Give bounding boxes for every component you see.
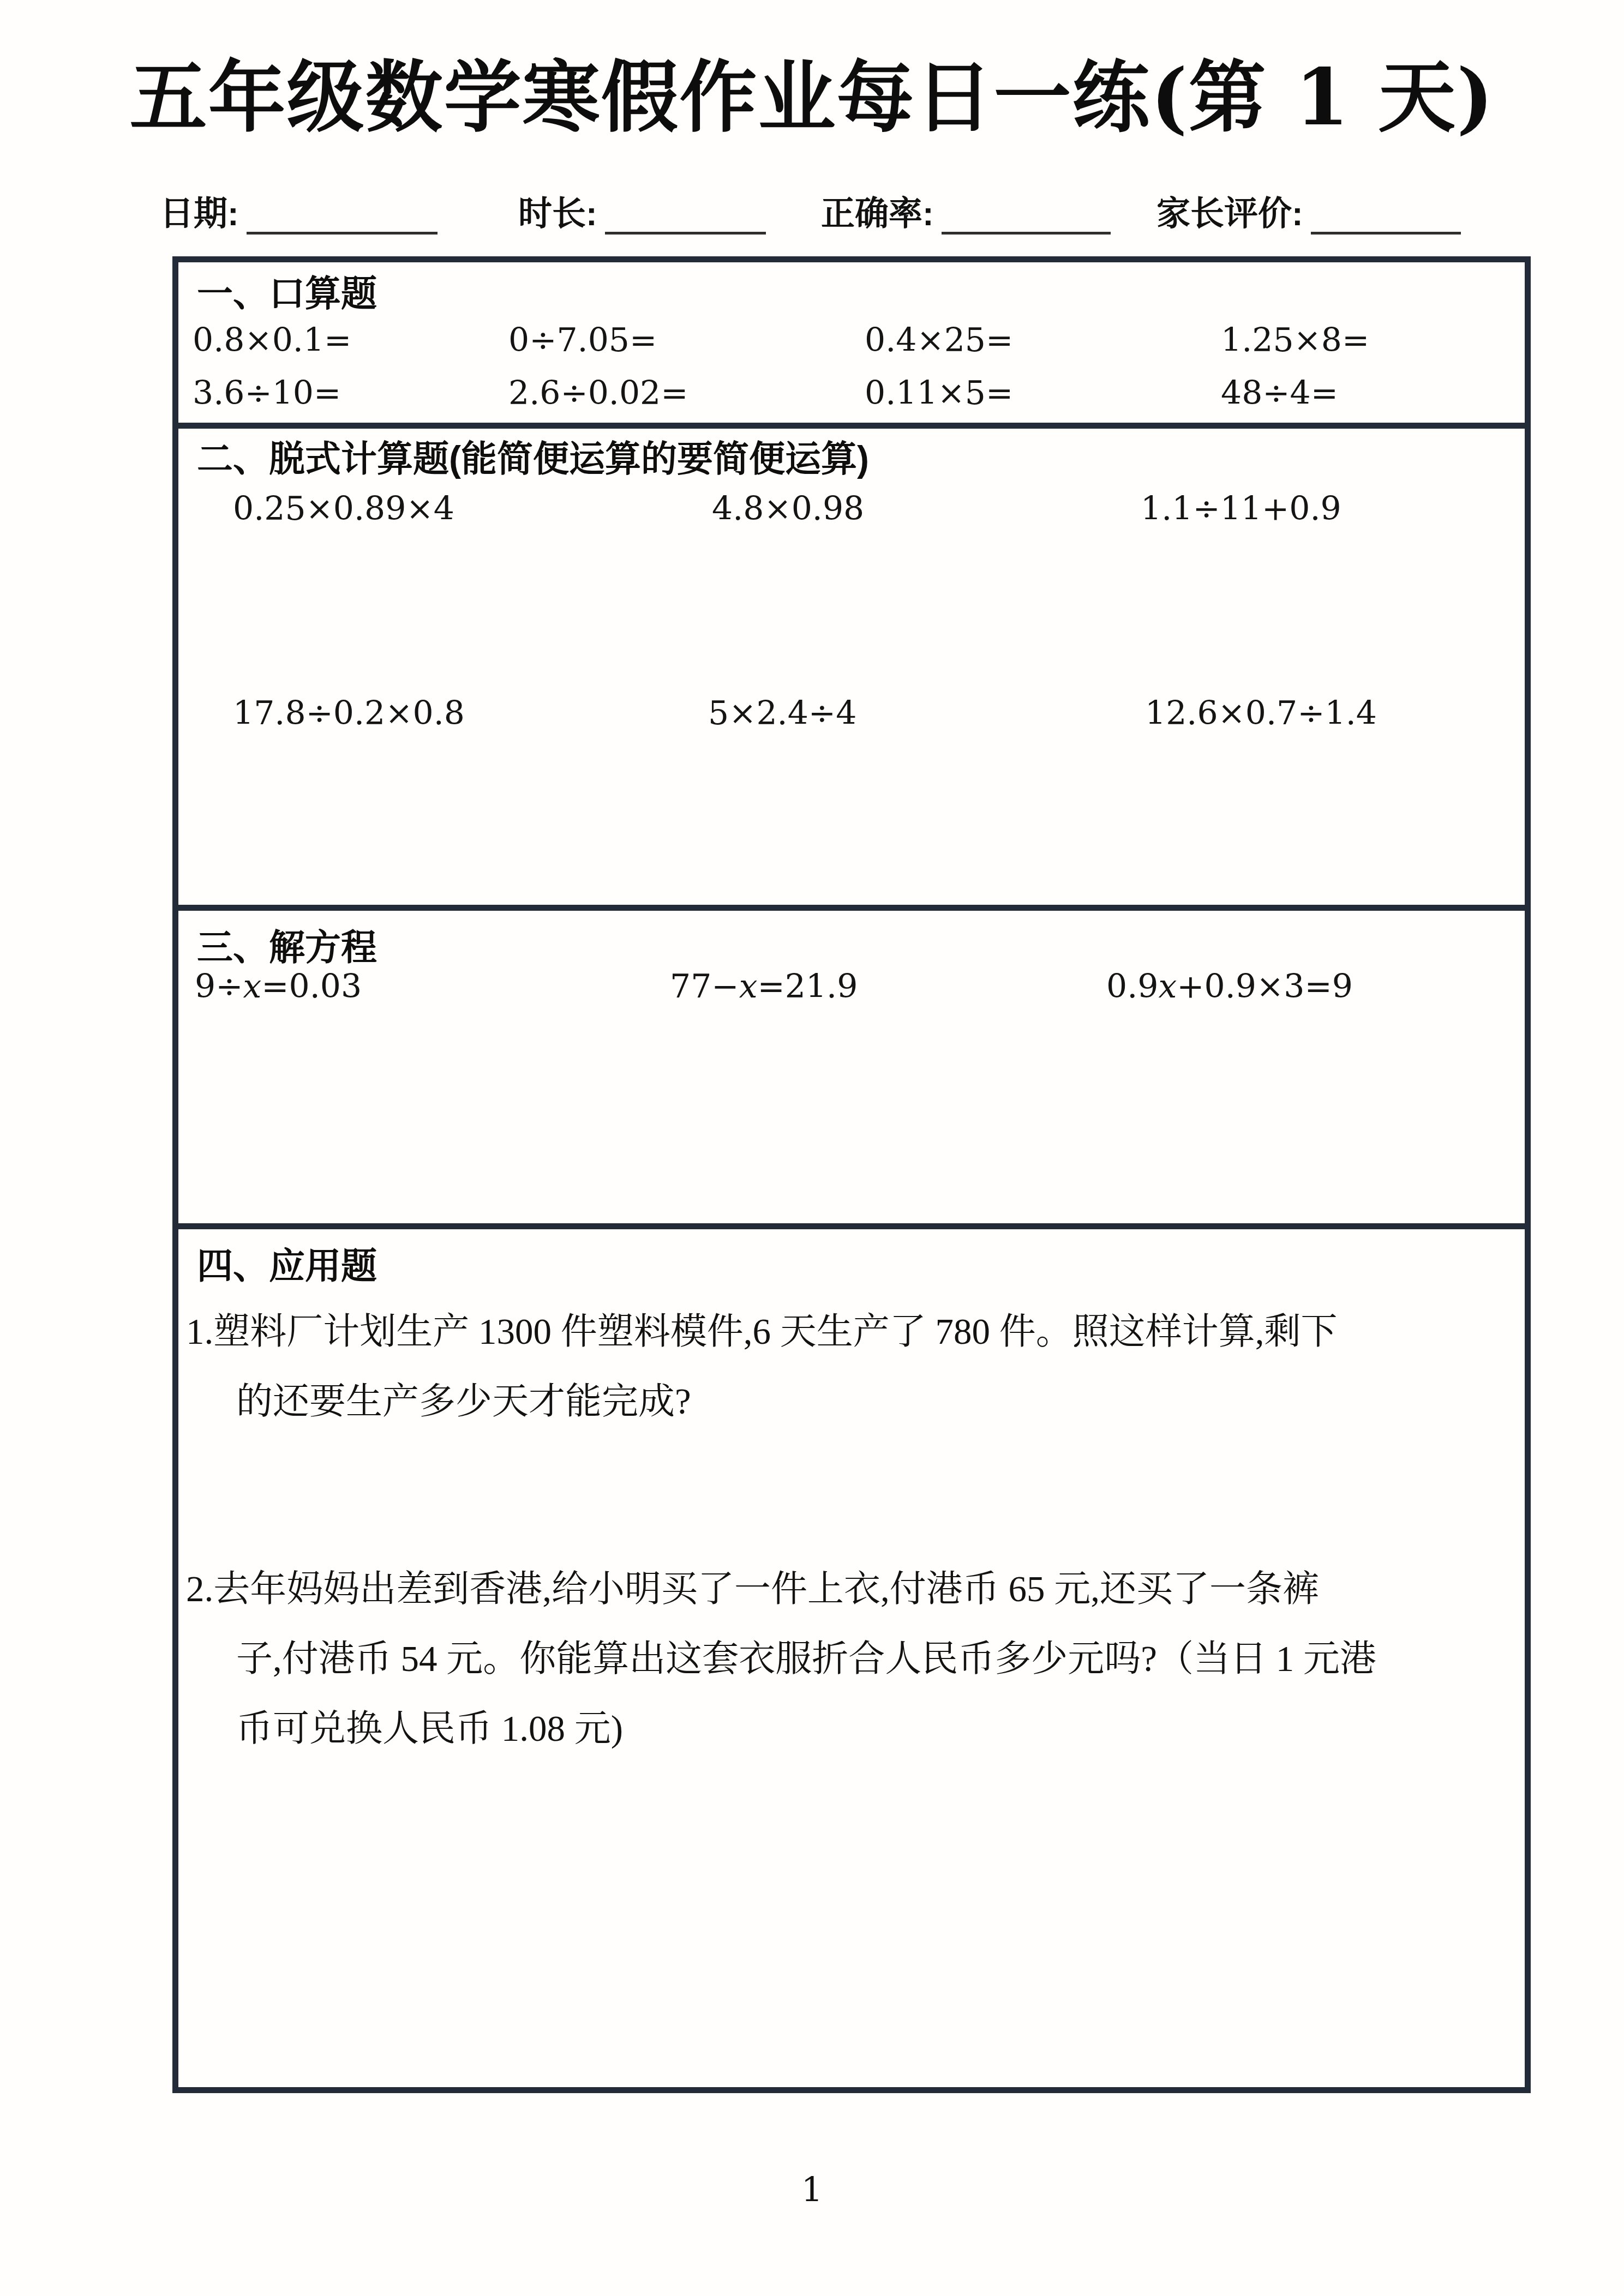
section-4-header: 四、应用题	[197, 1242, 377, 1289]
section-1-header: 一、口算题	[197, 270, 377, 317]
section-word-problems: 四、应用题 1.塑料厂计划生产 1300 件塑料模件,6 天生产了 780 件。…	[178, 1223, 1525, 2087]
word-problem-1-line-1: 1.塑料厂计划生产 1300 件塑料模件,6 天生产了 780 件。照这样计算,…	[186, 1297, 1508, 1367]
date-blank-line	[247, 229, 438, 235]
oral-problem-5: 3.6÷10=	[193, 372, 341, 414]
oral-problem-7: 0.11×5=	[865, 372, 1013, 414]
step-problem-1: 0.25×0.89×4	[233, 488, 454, 530]
meta-field-parent-rating: 家长评价:	[1156, 194, 1461, 235]
word-problem-2-line-3: 币可兑换人民币 1.08 元)	[236, 1694, 1508, 1764]
section-2-header: 二、脱式计算题(能简便运算的要简便运算)	[197, 435, 869, 482]
meta-field-accuracy: 正确率:	[821, 194, 1111, 235]
accuracy-blank-line	[942, 229, 1111, 235]
meta-field-duration: 时长:	[518, 194, 766, 235]
step-problem-4: 17.8÷0.2×0.8	[233, 692, 465, 735]
word-problem-2-line-1: 2.去年妈妈出差到香港,给小明买了一件上衣,付港币 65 元,还买了一条裤	[186, 1554, 1508, 1624]
meta-field-date: 日期:	[160, 194, 438, 235]
step-problem-6: 12.6×0.7÷1.4	[1145, 692, 1377, 735]
oral-problem-3: 0.4×25=	[865, 319, 1013, 362]
equation-1: 9÷x=0.03	[195, 965, 362, 1008]
parent-rating-blank-line	[1311, 229, 1461, 235]
section-step-calculation: 二、脱式计算题(能简便运算的要简便运算) 0.25×0.89×4 4.8×0.9…	[178, 423, 1525, 905]
oral-problem-1: 0.8×0.1=	[193, 319, 351, 362]
parent-rating-label: 家长评价:	[1156, 194, 1303, 235]
worksheet-page: 五年级数学寒假作业每日一练(第 1 天) 日期: 时长: 正确率: 家长评价: …	[0, 0, 1624, 2296]
accuracy-label: 正确率:	[821, 194, 934, 235]
worksheet-table: 一、口算题 0.8×0.1= 0÷7.05= 0.4×25= 1.25×8= 3…	[172, 256, 1531, 2093]
date-label: 日期:	[160, 194, 239, 235]
step-problem-3: 1.1÷11+0.9	[1141, 488, 1341, 530]
duration-label: 时长:	[518, 194, 597, 235]
oral-problem-8: 48÷4=	[1221, 372, 1338, 414]
page-title: 五年级数学寒假作业每日一练(第 1 天)	[0, 50, 1624, 146]
equation-2: 77−x=21.9	[670, 965, 858, 1008]
word-problem-2: 2.去年妈妈出差到香港,给小明买了一件上衣,付港币 65 元,还买了一条裤 子,…	[186, 1554, 1508, 1764]
page-number: 1	[0, 2169, 1624, 2209]
word-problem-1-line-2: 的还要生产多少天才能完成?	[236, 1367, 1508, 1436]
step-problem-2: 4.8×0.98	[712, 488, 864, 530]
step-problem-5: 5×2.4÷4	[708, 692, 856, 735]
oral-problem-6: 2.6÷0.02=	[508, 372, 688, 414]
section-3-header: 三、解方程	[197, 924, 377, 971]
section-oral-calculation: 一、口算题 0.8×0.1= 0÷7.05= 0.4×25= 1.25×8= 3…	[178, 262, 1525, 423]
equation-3: 0.9x+0.9×3=9	[1106, 965, 1353, 1008]
duration-blank-line	[605, 229, 766, 235]
word-problem-1: 1.塑料厂计划生产 1300 件塑料模件,6 天生产了 780 件。照这样计算,…	[186, 1297, 1508, 1436]
meta-row: 日期: 时长: 正确率: 家长评价:	[0, 190, 1624, 238]
oral-problem-4: 1.25×8=	[1221, 319, 1369, 362]
section-solve-equations: 三、解方程 9÷x=0.03 77−x=21.9 0.9x+0.9×3=9	[178, 905, 1525, 1223]
word-problem-2-line-2: 子,付港币 54 元。你能算出这套衣服折合人民币多少元吗?（当日 1 元港	[236, 1624, 1508, 1694]
oral-problem-2: 0÷7.05=	[508, 319, 657, 362]
